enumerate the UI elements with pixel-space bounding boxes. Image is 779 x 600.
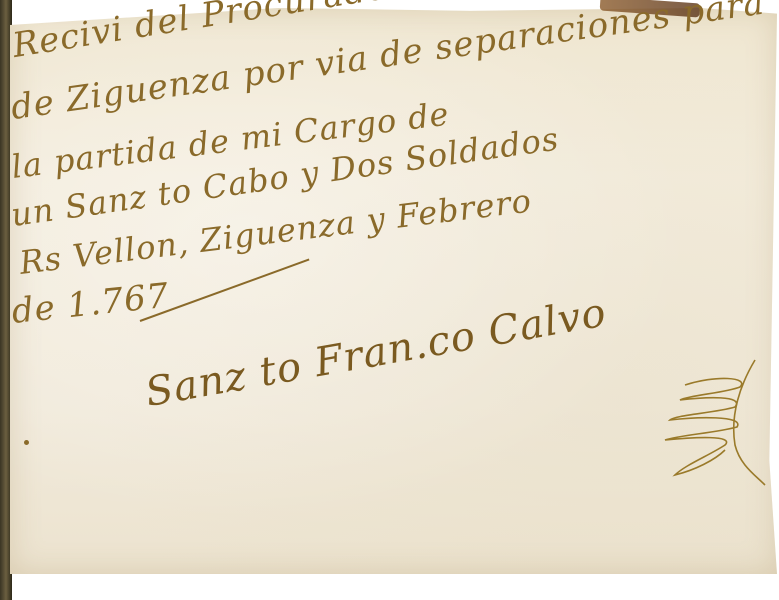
ink-dot <box>24 440 29 445</box>
flourish-icon <box>655 355 775 505</box>
